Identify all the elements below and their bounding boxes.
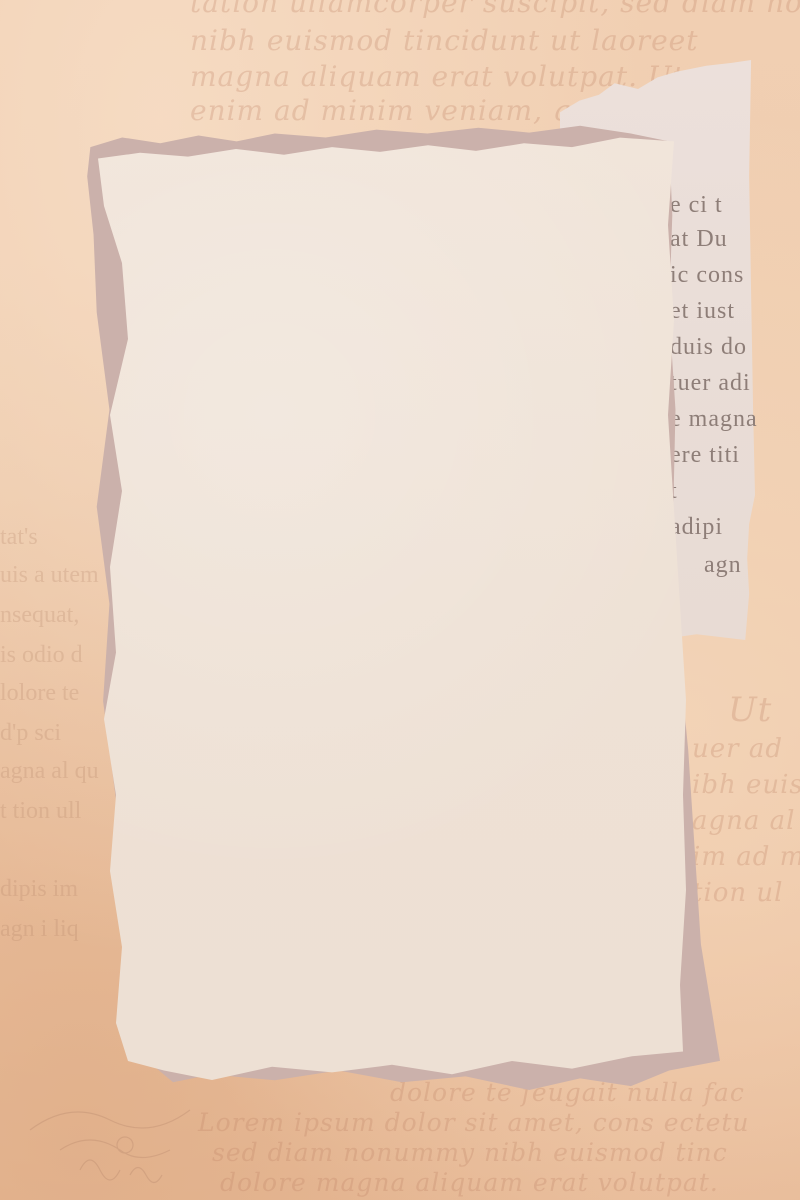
text-fragment: agn i liq [0, 916, 79, 943]
script-line: uer ad [692, 734, 783, 764]
script-line: tion ul [692, 878, 784, 908]
text-fragment: agna al qu [0, 758, 99, 785]
text-fragment: tat's [0, 524, 38, 551]
torn-paper-note [92, 130, 692, 1080]
text-fragment: t tion ull [0, 798, 81, 825]
script-line: ibh euis [692, 770, 800, 800]
text-fragment: nsequat, [0, 602, 79, 629]
strip-text: ere titi [670, 442, 762, 469]
text-fragment: d'p sci [0, 720, 61, 747]
script-line: agna al [692, 806, 795, 836]
script-line: nibh euismod tincidunt ut laoreet [190, 24, 699, 57]
strip-text: duis do [670, 334, 762, 361]
script-line: im ad m [692, 842, 800, 872]
sketch-ornament-icon [20, 1090, 220, 1200]
script-line: tation ullamcorper suscipit, sed diam no… [190, 0, 800, 19]
script-line: Lorem ipsum dolor sit amet, cons ectetu [198, 1108, 750, 1137]
strip-text: agn [704, 552, 796, 579]
strip-text: et iust [670, 298, 762, 325]
strip-text: e ci t [670, 192, 762, 219]
script-line: Ut [728, 690, 772, 730]
text-fragment: lolore te [0, 680, 79, 707]
text-fragment: is odio d [0, 642, 83, 669]
script-line: dolore magna aliquam erat volutpat. [220, 1168, 719, 1197]
text-fragment: uis a utem [0, 562, 99, 589]
strip-text: t [670, 478, 762, 505]
strip-text: e magna [670, 406, 762, 433]
strip-text: tuer adi [670, 370, 762, 397]
strip-text: at Du [670, 226, 762, 253]
script-line: sed diam nonummy nibh euismod tinc [212, 1138, 728, 1167]
script-line: dolore te feugait nulla fac [390, 1078, 745, 1107]
strip-text: adipi [670, 514, 762, 541]
text-fragment: dipis im [0, 876, 78, 903]
strip-text: ic cons [670, 262, 762, 289]
